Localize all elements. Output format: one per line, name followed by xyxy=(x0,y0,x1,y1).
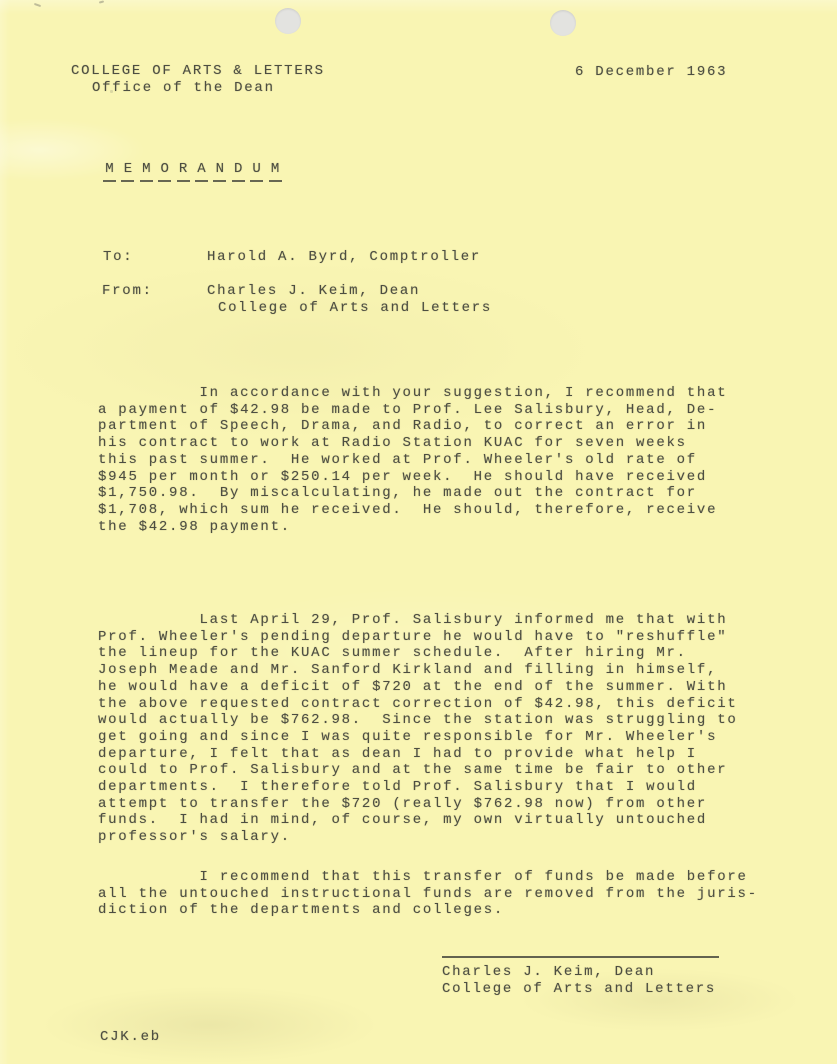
memo-document: COLLEGE OF ARTS & LETTERS Office of the … xyxy=(0,0,837,1064)
memo-title-letter: N xyxy=(213,161,226,182)
memo-date: 6 December 1963 xyxy=(575,64,727,81)
punch-hole-left-icon xyxy=(275,8,301,34)
memo-title-letter: U xyxy=(250,161,263,182)
memo-title-letter: O xyxy=(158,161,171,182)
signature-name: Charles J. Keim, Dean xyxy=(442,964,655,981)
punch-hole-right-icon xyxy=(550,10,576,36)
scan-speck xyxy=(99,0,104,3)
signature-line xyxy=(442,956,719,958)
memo-title-letter: R xyxy=(177,161,190,182)
scan-speck xyxy=(34,3,41,7)
body-paragraph-2: Last April 29, Prof. Salisbury informed … xyxy=(98,612,798,846)
memo-title-letter: D xyxy=(232,161,245,182)
signature-org: College of Arts and Letters xyxy=(442,981,716,998)
body-paragraph-1: In accordance with your suggestion, I re… xyxy=(98,385,798,535)
typist-initials: CJK.eb xyxy=(100,1029,161,1046)
from-value-name: Charles J. Keim, Dean xyxy=(207,283,420,300)
memo-title-letter: M xyxy=(140,161,153,182)
body-paragraph-3: I recommend that this transfer of funds … xyxy=(98,869,798,919)
from-label: From: xyxy=(102,283,153,300)
memo-title-letter: M xyxy=(269,161,282,182)
from-value-org: College of Arts and Letters xyxy=(218,300,492,317)
memo-title-letter: M xyxy=(103,161,116,182)
memo-title: MEMORANDUM xyxy=(103,161,287,182)
letterhead-office: Office of the Dean xyxy=(92,80,275,97)
letterhead-college: COLLEGE OF ARTS & LETTERS xyxy=(71,63,325,80)
to-label: To: xyxy=(103,249,133,266)
to-value: Harold A. Byrd, Comptroller xyxy=(207,249,481,266)
memo-title-letter: A xyxy=(195,161,208,182)
memo-title-letter: E xyxy=(121,161,134,182)
